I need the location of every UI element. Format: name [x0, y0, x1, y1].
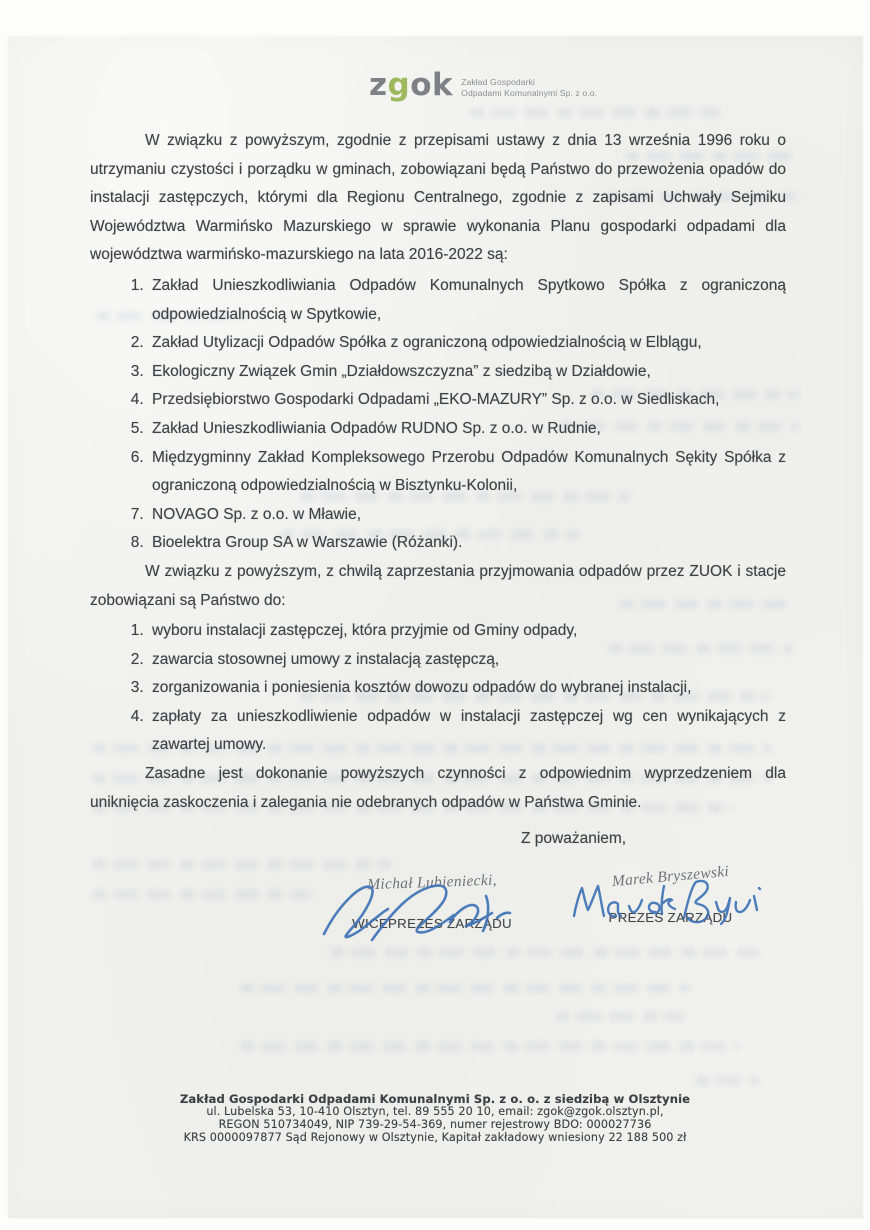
- signature-block-vice-president: Michał Lubieniecki, WICEPREZES ZARZĄDU: [322, 874, 542, 931]
- zgok-logo: zgok Zakład Gospodarki Odpadami Komunaln…: [369, 70, 597, 100]
- logo-tagline-line2: Odpadami Komunalnymi Sp. z o.o.: [461, 88, 597, 99]
- footer-company-name: Zakład Gospodarki Odpadami Komunalnymi S…: [0, 1093, 870, 1106]
- logo-tagline: Zakład Gospodarki Odpadami Komunalnymi S…: [461, 70, 597, 99]
- zgok-logo-wordmark: zgok: [369, 70, 453, 100]
- facilities-list: Zakład Unieszkodliwiania Odpadów Komunal…: [90, 272, 786, 558]
- facility-item: Przedsiębiorstwo Gospodarki Odpadami „EK…: [148, 386, 786, 415]
- facility-item: NOVAGO Sp. z o.o. w Mławie,: [148, 501, 786, 530]
- logo-green-g: g: [388, 67, 411, 103]
- facility-item: Zakład Utylizacji Odpadów Spółka z ogran…: [148, 329, 786, 358]
- logo-tagline-line1: Zakład Gospodarki: [461, 77, 597, 88]
- obligation-item: wyboru instalacji zastępczej, która przy…: [148, 617, 786, 646]
- paragraph-closing-note: Zasadne jest dokonanie powyższych czynno…: [90, 760, 786, 817]
- facility-item: Międzygminny Zakład Kompleksowego Przero…: [148, 444, 786, 501]
- obligation-item: zorganizowania i poniesienia kosztów dow…: [148, 674, 786, 703]
- facility-item: Bioelektra Group SA w Warszawie (Różanki…: [148, 529, 786, 558]
- facility-item: Zakład Unieszkodliwiania Odpadów Komunal…: [148, 272, 786, 329]
- signatory-name-left: Michał Lubieniecki,: [322, 870, 542, 896]
- valediction: Z poważaniem,: [521, 830, 626, 848]
- signatory-title-right: PREZES ZARZĄDU: [568, 910, 773, 925]
- paragraph-intro: W związku z powyższym, zgodnie z przepis…: [90, 127, 786, 270]
- obligation-item: zapłaty za unieszkodliwienie odpadów w i…: [148, 703, 786, 760]
- facility-item: Zakład Unieszkodliwiania Odpadów RUDNO S…: [148, 415, 786, 444]
- paragraph-zuok: W związku z powyższym, z chwilą zaprzest…: [90, 558, 786, 615]
- obligation-item: zawarcia stosownej umowy z instalacją za…: [148, 646, 786, 675]
- footer-company-info: Zakład Gospodarki Odpadami Komunalnymi S…: [0, 1093, 870, 1145]
- obligations-list: wyboru instalacji zastępczej, która przy…: [90, 617, 786, 760]
- facility-item: Ekologiczny Związek Gmin „Działdowszczyz…: [148, 358, 786, 387]
- letter-body: W związku z powyższym, zgodnie z przepis…: [90, 127, 786, 817]
- footer-registry-line: REGON 510734049, NIP 739-29-54-369, nume…: [0, 1119, 870, 1132]
- signature-block-president: Marek Bryszewski PREZES ZARZĄDU: [568, 868, 773, 925]
- footer-address-line: ul. Lubelska 53, 10-410 Olsztyn, tel. 89…: [0, 1106, 870, 1119]
- signatory-title-left: WICEPREZES ZARZĄDU: [322, 916, 542, 931]
- footer-krs-line: KRS 0000097877 Sąd Rejonowy w Olsztynie,…: [0, 1132, 870, 1145]
